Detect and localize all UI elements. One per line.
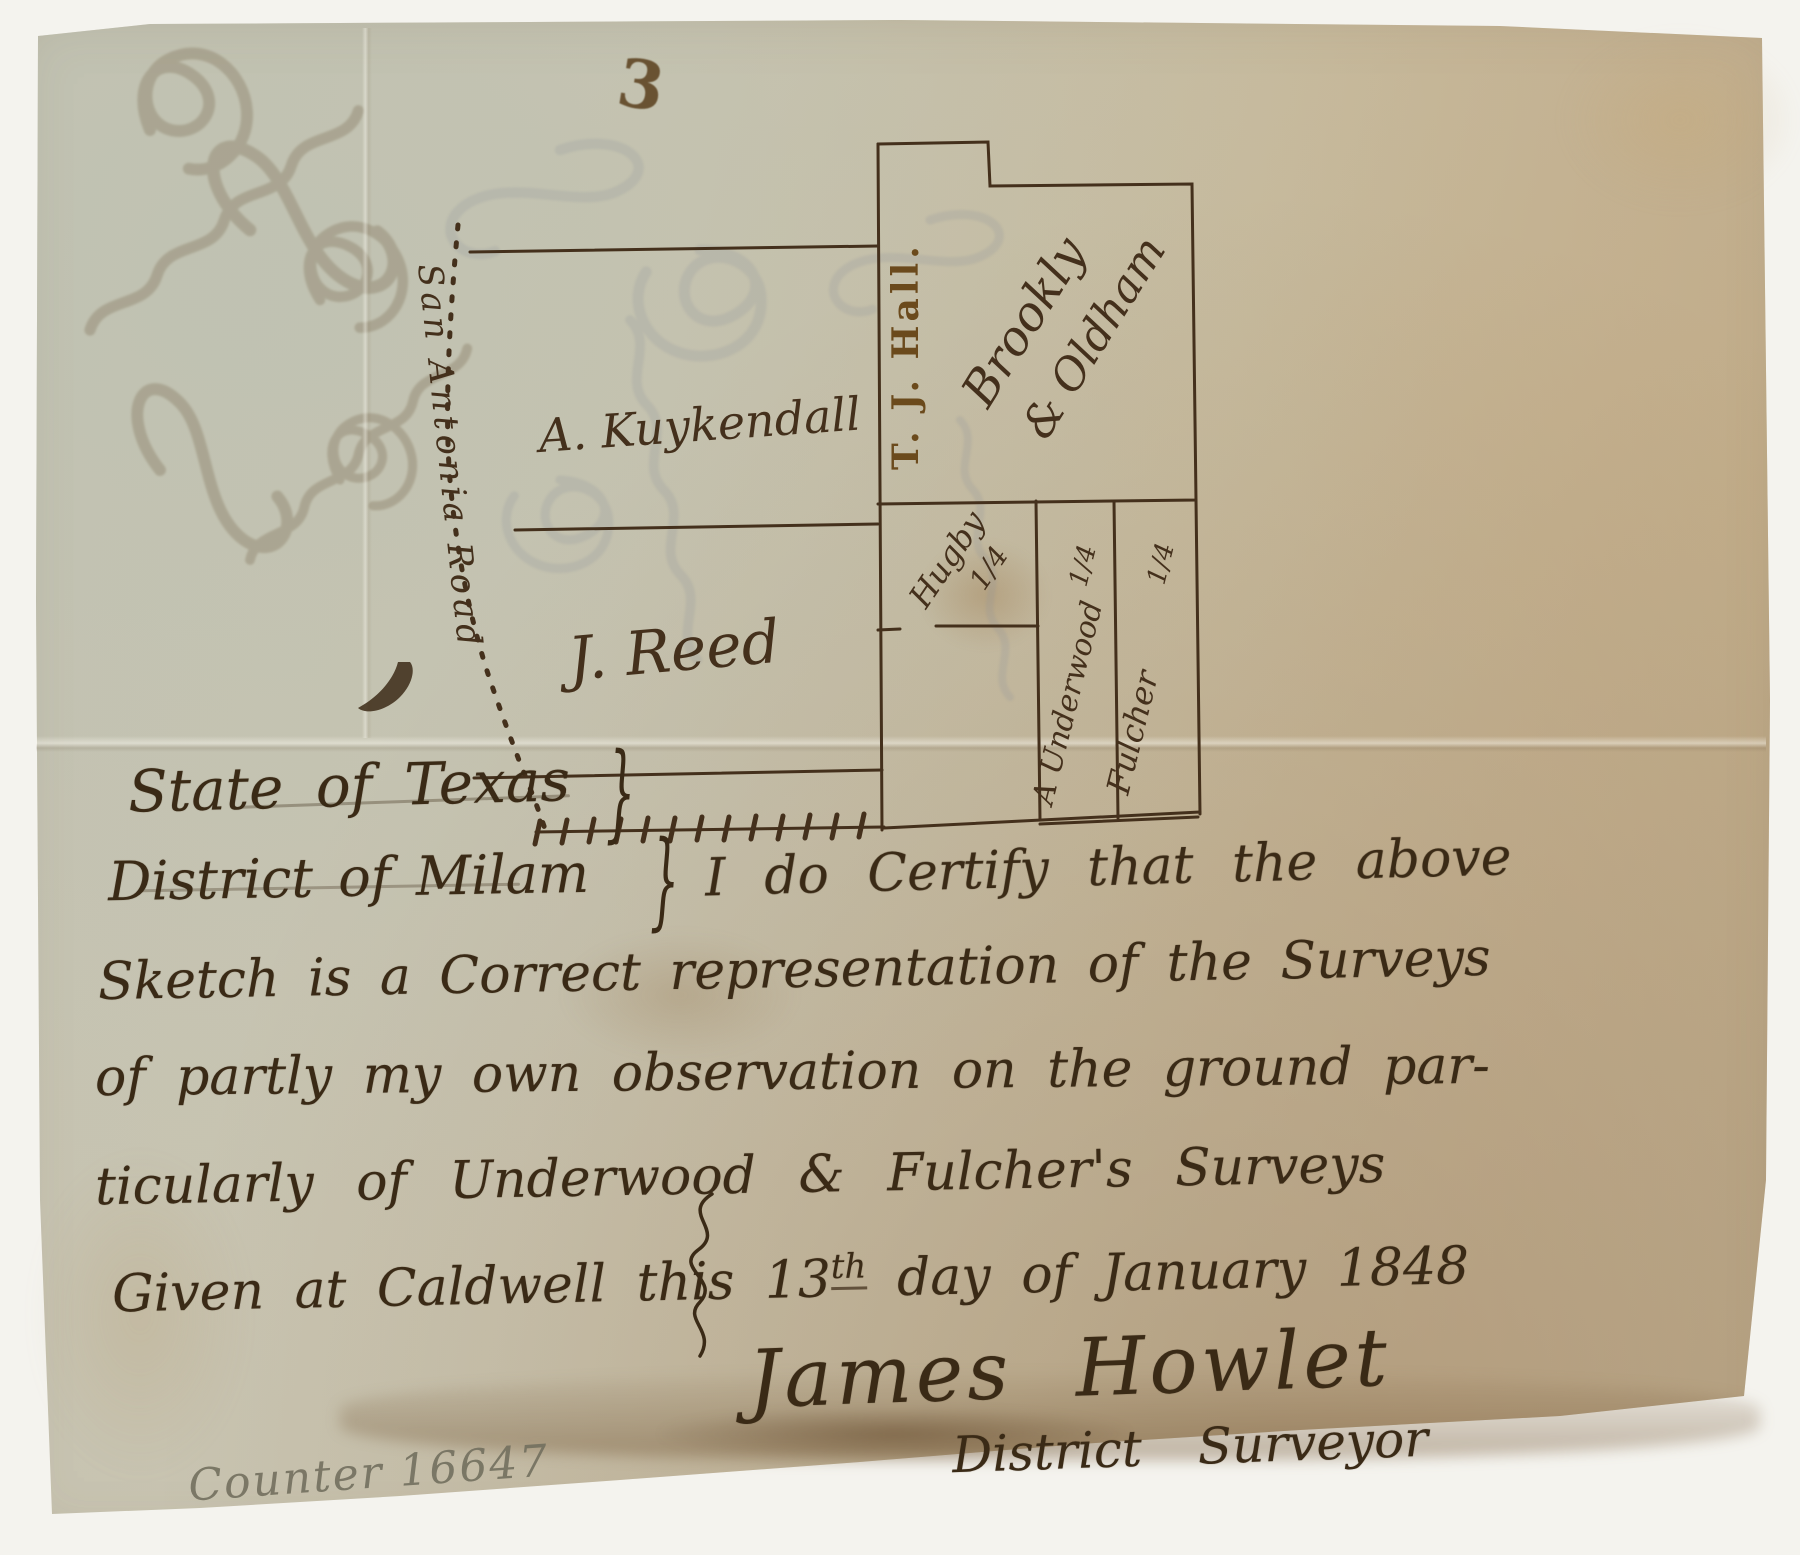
- fulcher-east-line: [1196, 500, 1200, 814]
- plot-label-kuykendall: A. Kuykendall: [533, 387, 862, 464]
- dateline-day-suffix: th: [830, 1246, 866, 1290]
- strips-south-line: [884, 812, 1200, 828]
- plot-label-hall: T. J. Hall.: [885, 242, 927, 470]
- brace-1: }: [606, 729, 635, 853]
- certificate-place-line-2: District of Milam: [107, 842, 589, 913]
- dateline-rest: day of January 1848: [866, 1236, 1470, 1309]
- signature-squiggle: [668, 1188, 748, 1368]
- certificate-body-3: of partly my own observation on the grou…: [95, 1036, 1490, 1108]
- plot-share-fulcher: 1/4: [1142, 540, 1181, 588]
- west-boundary-of-east-plots: [878, 144, 882, 830]
- plot-label-reed: J. Reed: [554, 607, 782, 696]
- brace-2: }: [650, 817, 679, 941]
- plot-share-underwood: 1/4: [1064, 542, 1103, 590]
- hugby-south-line: [878, 626, 1038, 630]
- certificate-place-line-1: State of Texas: [127, 746, 571, 826]
- survey-sketch-map: San Antonia Road A. Kuykendall J. Reed T…: [340, 80, 1240, 860]
- kuykendall-reed-divider: [515, 524, 878, 530]
- dateline-day: 13: [764, 1249, 831, 1310]
- plot-label-fulcher: Fulcher: [1099, 665, 1167, 799]
- ink-blot: [358, 662, 413, 711]
- kuykendall-north-line: [470, 246, 878, 252]
- road-label: San Antonia Road: [409, 262, 489, 653]
- scanned-document: 3 San Antonia Road A. Kuykendall J. Reed: [0, 0, 1800, 1555]
